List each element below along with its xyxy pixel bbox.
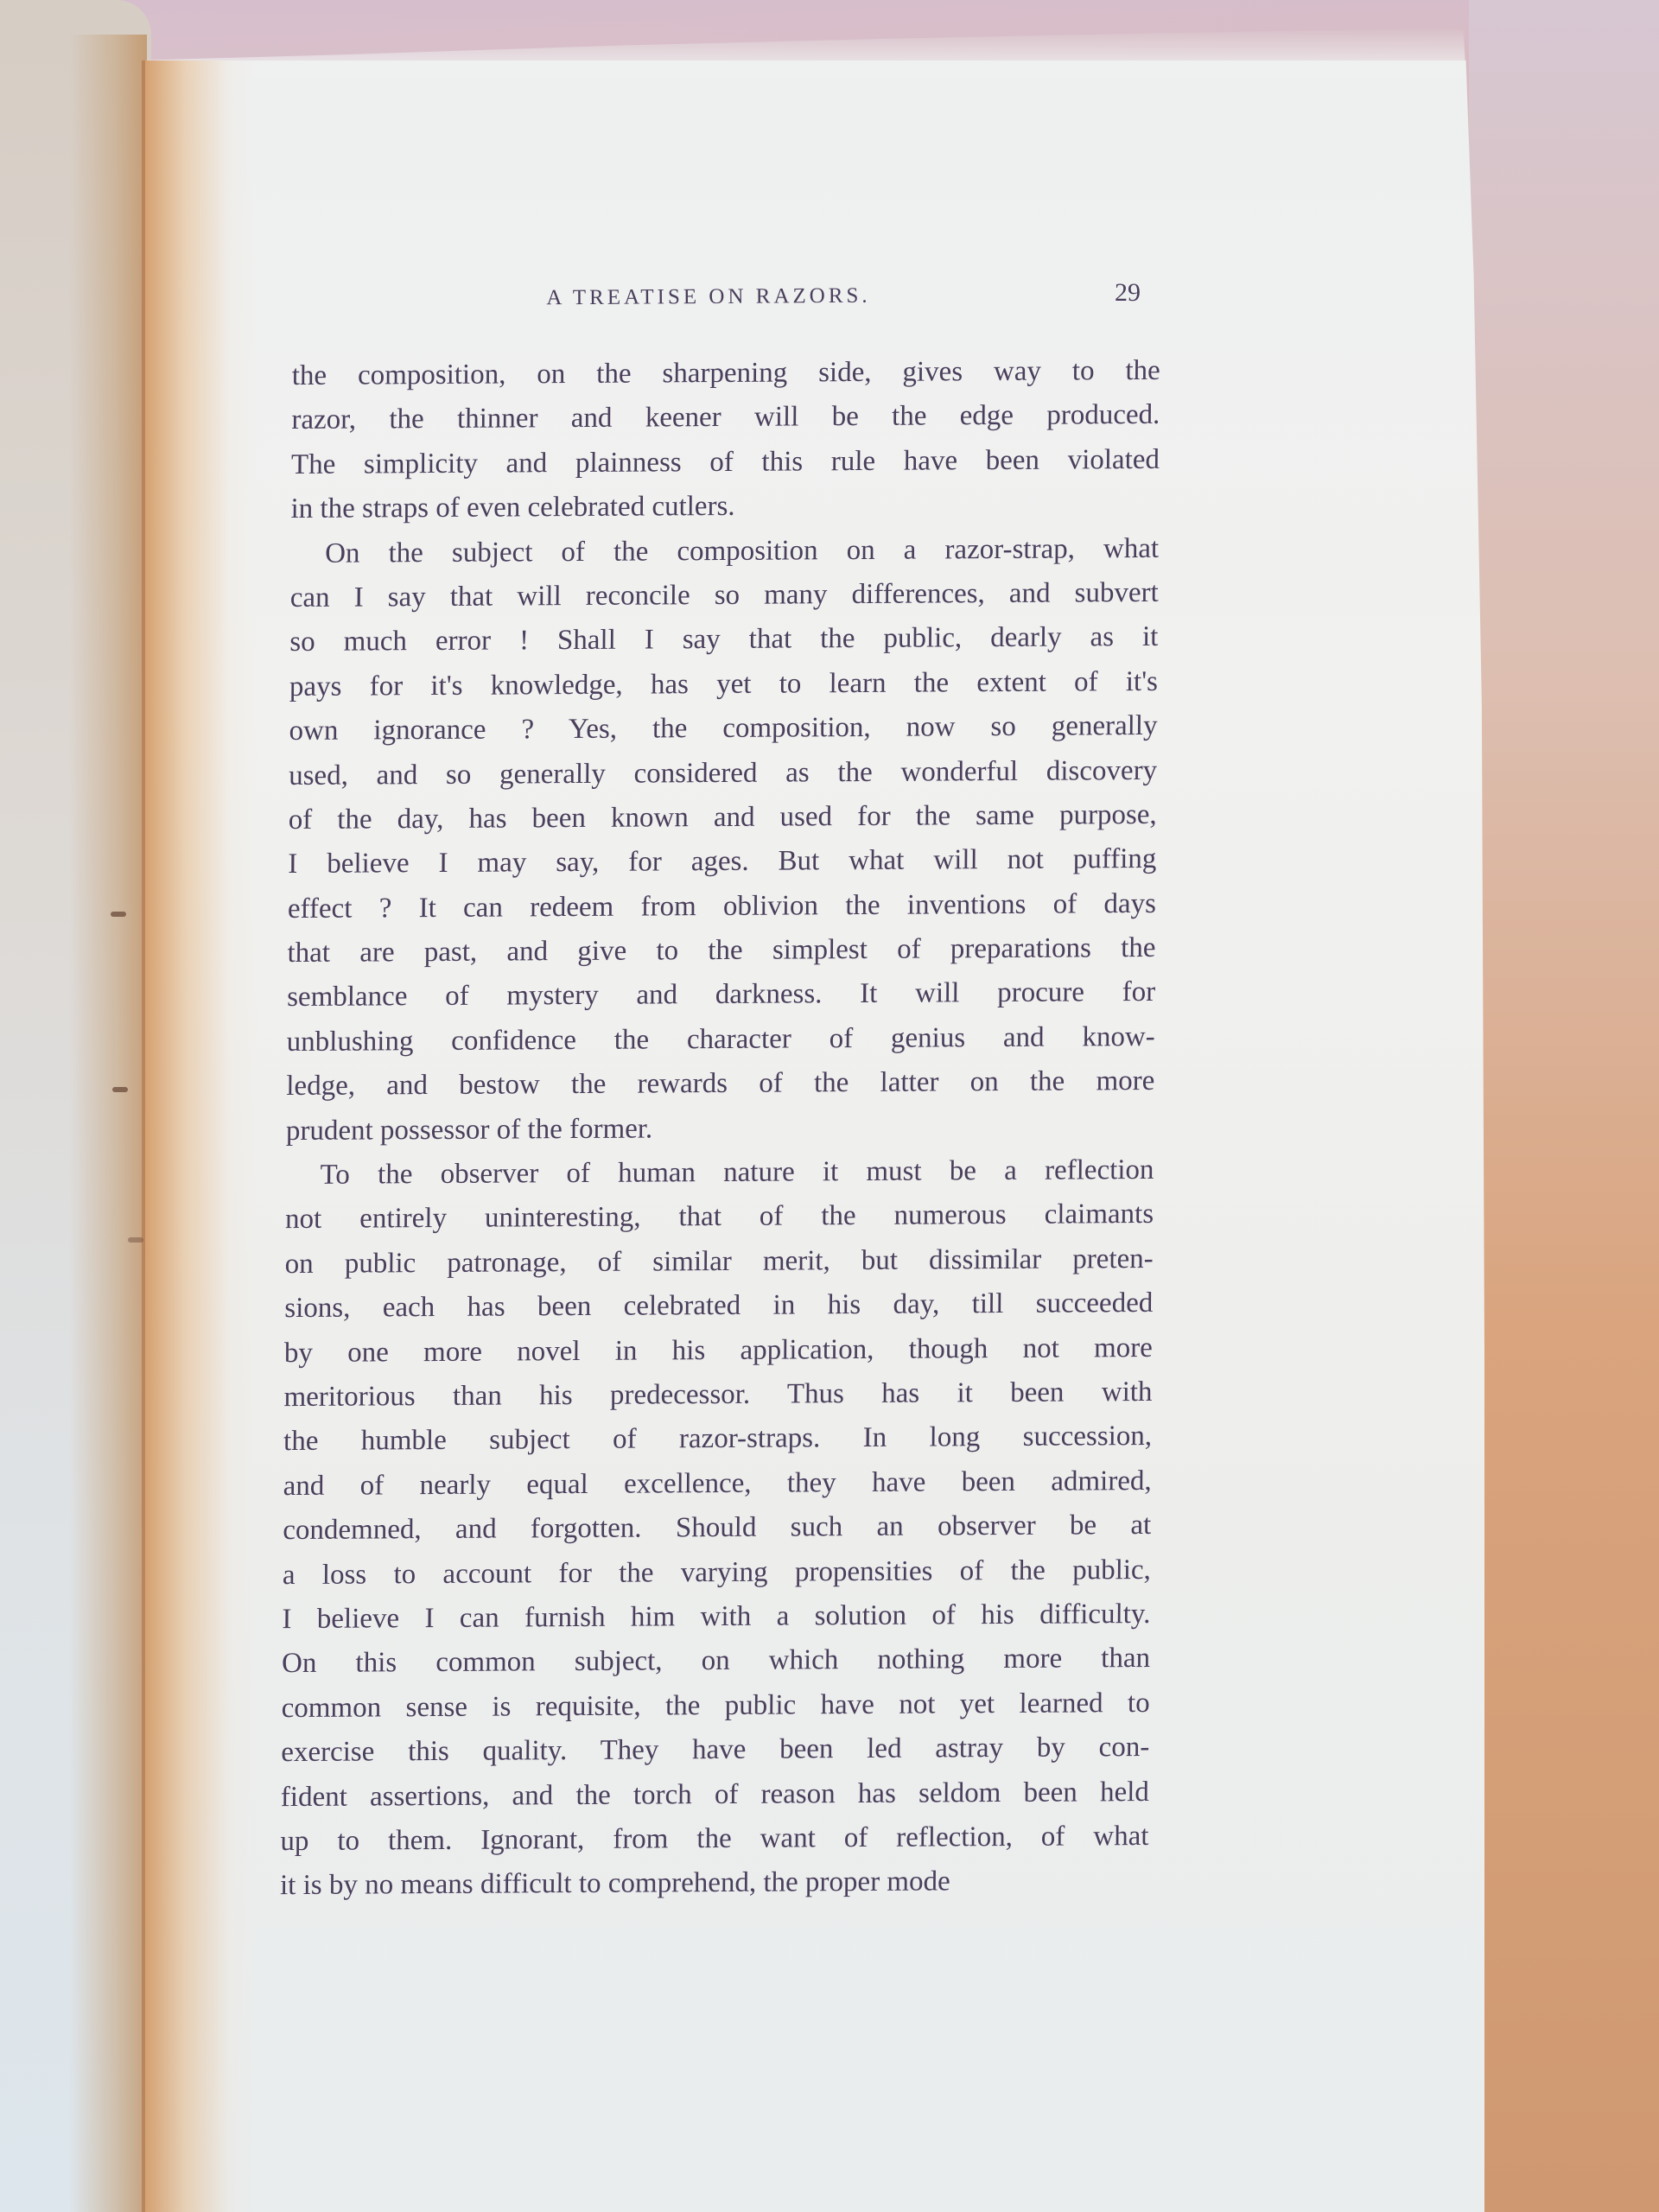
text-line: and of nearly equal excellence, they hav…: [283, 1459, 1152, 1510]
text-line: razor, the thinner and keener will be th…: [291, 393, 1160, 443]
text-line: on public patronage, of similar merit, b…: [285, 1237, 1154, 1287]
text-line: The simplicity and plainness of this rul…: [291, 438, 1160, 488]
text-line: I believe I may say, for ages. But what …: [288, 837, 1156, 887]
text-line: effect ? It can redeem from oblivion the…: [288, 882, 1156, 932]
text-line: On this common subject, on which nothing…: [282, 1637, 1150, 1687]
text-line: exercise this quality. They have been le…: [281, 1726, 1149, 1776]
body-text: the composition, on the sharpening side,…: [280, 349, 1163, 1909]
text-line: so much error ! Shall I say that the pub…: [289, 615, 1158, 665]
paragraph: On the subject of the composition on a r…: [286, 526, 1162, 1154]
text-line: sions, each has been celebrated in his d…: [284, 1281, 1153, 1332]
page-content: A TREATISE ON RAZORS. 29 the composition…: [0, 0, 1659, 2212]
text-line: used, and so generally considered as the…: [289, 748, 1157, 798]
text-line: own ignorance ? Yes, the composition, no…: [289, 704, 1157, 754]
text-line: can I say that will reconcile so many di…: [290, 571, 1159, 621]
page-number: 29: [1115, 278, 1141, 308]
text-line: by one more novel in his application, th…: [284, 1326, 1153, 1376]
text-line: pays for it's knowledge, has yet to lear…: [289, 660, 1158, 710]
text-line: To the observer of human nature it must …: [285, 1148, 1154, 1198]
text-line: I believe I can furnish him with a solut…: [282, 1592, 1150, 1643]
text-line: that are past, and give to the simplest …: [287, 926, 1155, 976]
text-line: up to them. Ignorant, from the want of r…: [280, 1815, 1148, 1865]
text-line: unblushing confidence the character of g…: [287, 1015, 1155, 1065]
text-line: a loss to account for the varying propen…: [283, 1548, 1151, 1599]
paragraph: the composition, on the sharpening side,…: [290, 349, 1163, 532]
text-line: in the straps of even celebrated cutlers…: [290, 482, 1159, 532]
text-line: meritorious than his predecessor. Thus h…: [283, 1370, 1152, 1421]
text-line: not entirely uninteresting, that of the …: [285, 1192, 1154, 1243]
text-line: of the day, has been known and used for …: [289, 793, 1157, 843]
text-line: the humble subject of razor-straps. In l…: [283, 1414, 1152, 1465]
text-line: the composition, on the sharpening side,…: [292, 349, 1160, 399]
running-head: A TREATISE ON RAZORS.: [527, 284, 890, 311]
text-line: it is by no means difficult to comprehen…: [280, 1859, 1148, 1909]
text-line: semblance of mystery and darkness. It wi…: [287, 970, 1155, 1020]
paragraph: To the observer of human nature it must …: [280, 1148, 1157, 1909]
text-line: common sense is requisite, the public ha…: [281, 1681, 1149, 1732]
text-line: fident assertions, and the torch of reas…: [281, 1770, 1149, 1820]
text-line: ledge, and bestow the rewards of the lat…: [286, 1059, 1154, 1109]
text-line: prudent possessor of the former.: [286, 1104, 1154, 1154]
text-line: condemned, and forgotten. Should such an…: [283, 1503, 1151, 1554]
text-line: On the subject of the composition on a r…: [290, 526, 1159, 576]
